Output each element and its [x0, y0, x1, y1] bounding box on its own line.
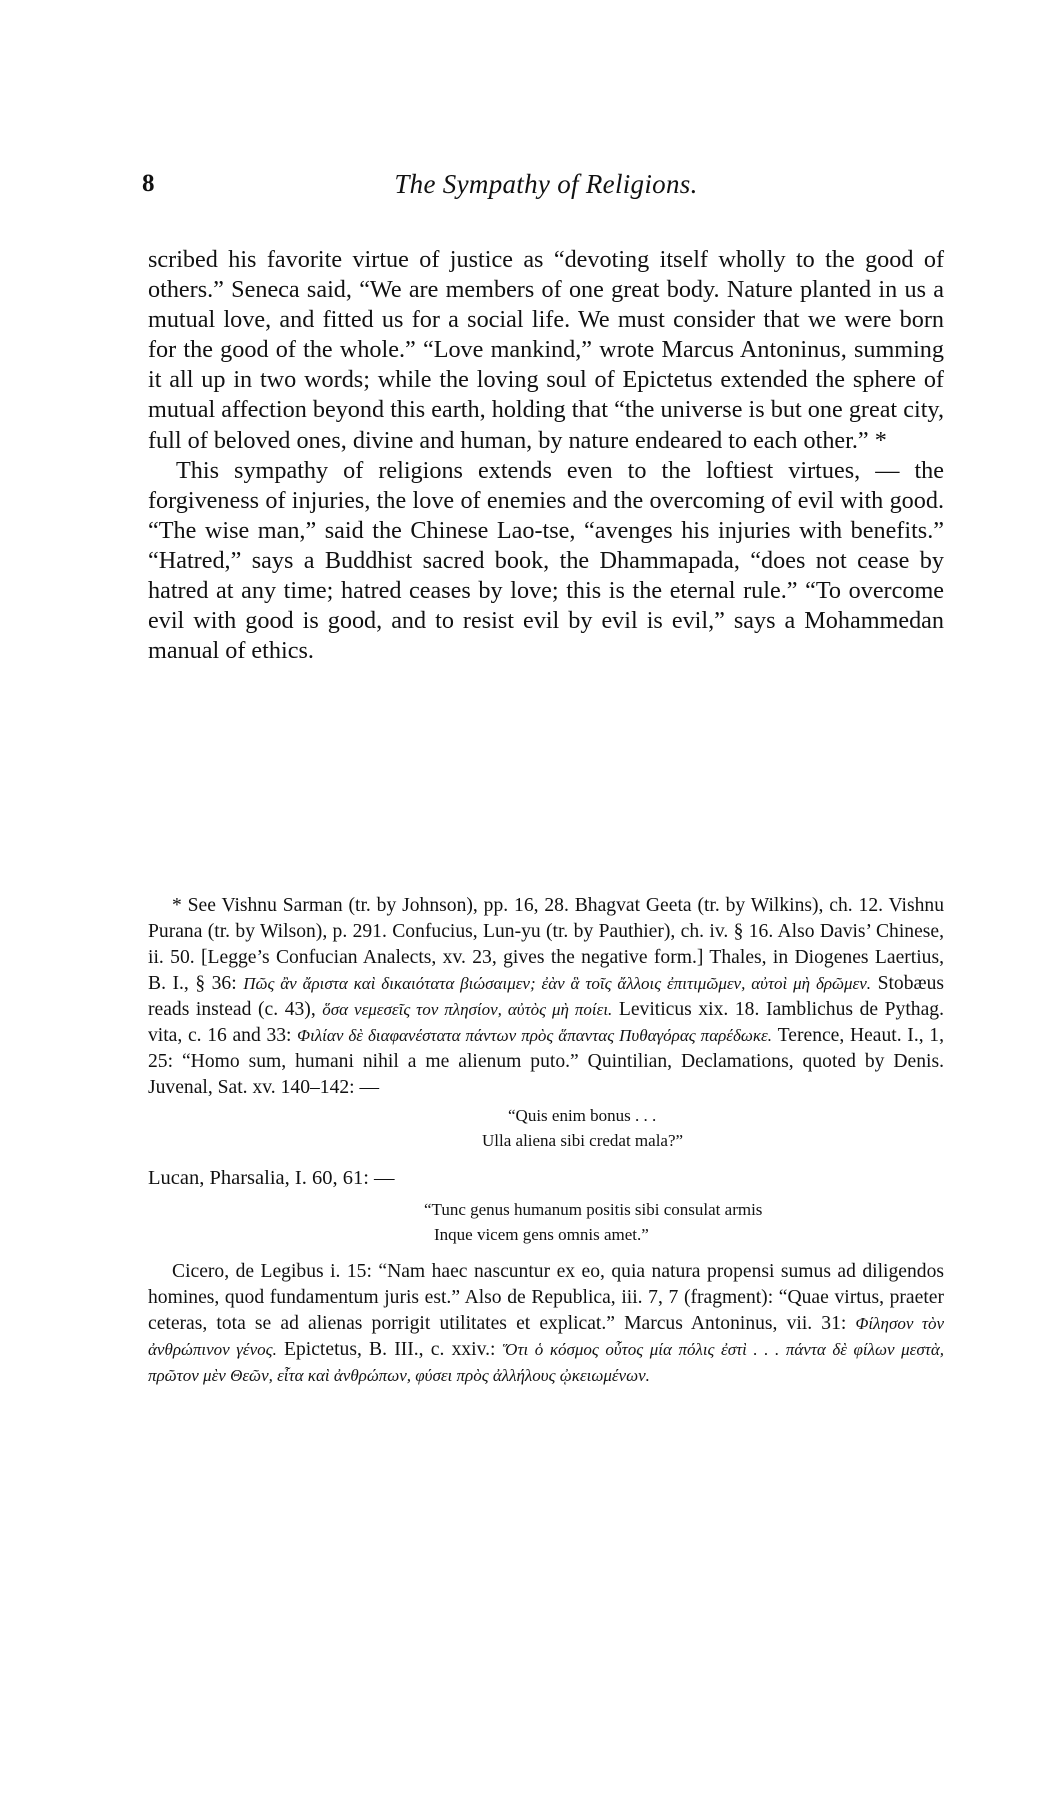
footnote-text: Cicero, de Legibus i. 15: “Nam haec nasc…: [148, 1261, 944, 1334]
footnote-paragraph-1: * See Vishnu Sarman (tr. by Johnson), pp…: [148, 893, 944, 1101]
greek-quote-thales: Πῶς ἂν ἄριστα καὶ δικαιότατα βιώσαιμεν; …: [243, 974, 871, 993]
verse-line: “Tunc genus humanum positis sibi consula…: [424, 1197, 944, 1222]
greek-quote-stobaeus: ὅσα νεμεσεῖς τον πλησίον, αὐτὸς μὴ ποίει…: [322, 1000, 612, 1019]
footnote-text: Epictetus, B. III., c. xxiv.:: [277, 1339, 503, 1360]
running-title: The Sympathy of Religions.: [148, 166, 944, 202]
greek-quote-iamblichus: Φιλίαν δὲ διαφανέστατα πάντων πρὸς ἅπαντ…: [297, 1026, 772, 1045]
verse-line: Ulla aliena sibi credat mala?”: [482, 1128, 944, 1153]
verse-line: “Quis enim bonus . . .: [508, 1103, 944, 1128]
running-head: 8 The Sympathy of Religions.: [148, 166, 944, 202]
body-paragraph-1: scribed his favorite virtue of justice a…: [148, 245, 944, 456]
footnote: * See Vishnu Sarman (tr. by Johnson), pp…: [148, 893, 944, 1389]
body-paragraph-2: This sympathy of religions extends even …: [148, 456, 944, 667]
footnote-paragraph-2: Cicero, de Legibus i. 15: “Nam haec nasc…: [148, 1259, 944, 1389]
body-text: scribed his favorite virtue of justice a…: [148, 245, 944, 666]
verse-line: Inque vicem gens omnis amet.”: [424, 1222, 944, 1247]
juvenal-verse: “Quis enim bonus . . . Ulla aliena sibi …: [148, 1103, 944, 1153]
lucan-citation: Lucan, Pharsalia, I. 60, 61: —: [148, 1165, 944, 1191]
lucan-verse: “Tunc genus humanum positis sibi consula…: [148, 1197, 944, 1247]
